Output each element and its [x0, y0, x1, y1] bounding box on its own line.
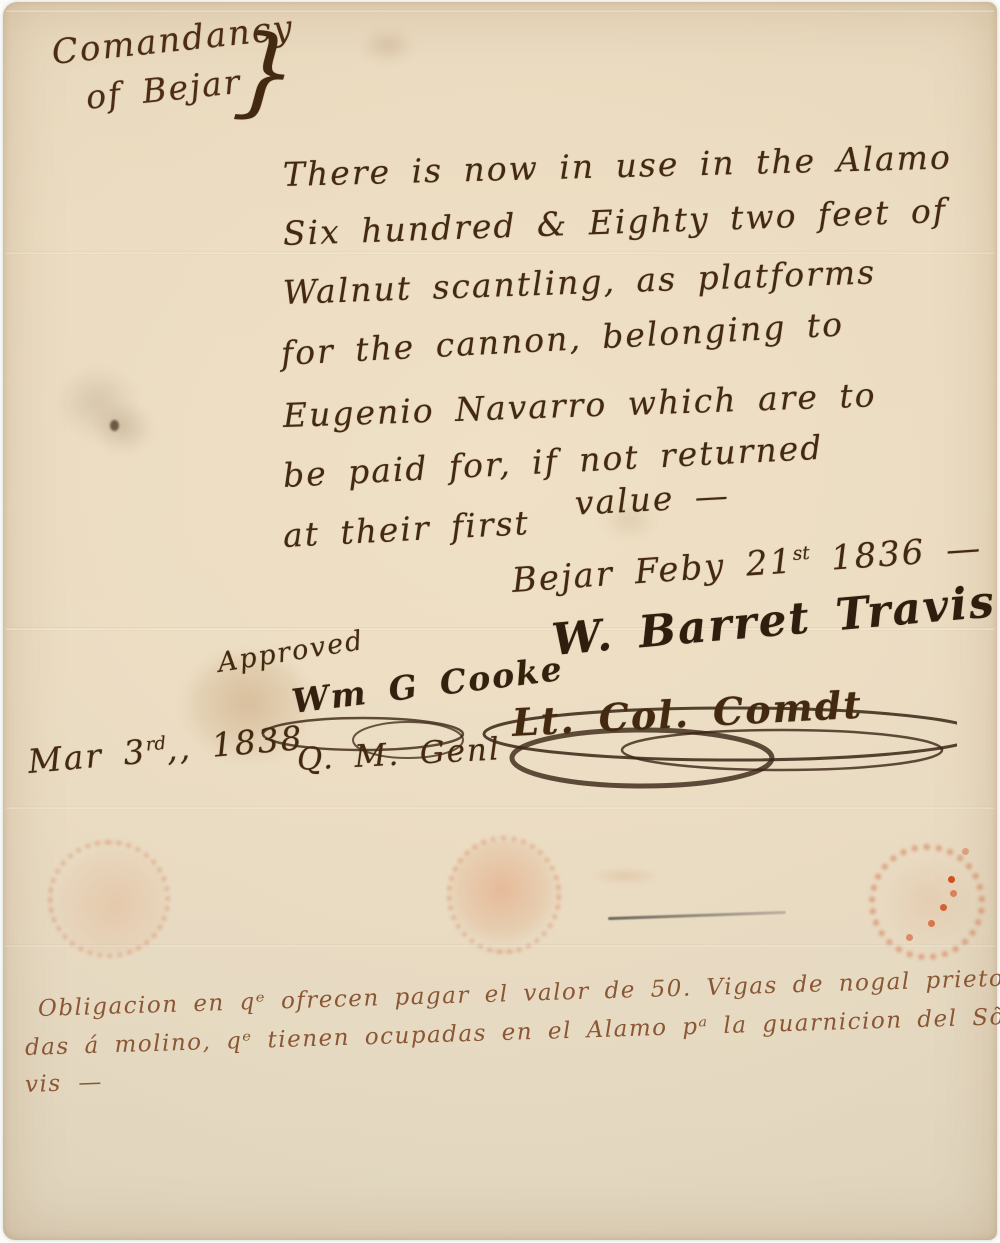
fold-line [6, 806, 994, 810]
wax-seal-center [447, 836, 561, 954]
fold-line [6, 9, 994, 13]
body-last-line-right: value — [574, 476, 731, 523]
dateline-ordinal: st [792, 543, 811, 565]
wax-seal-right [869, 844, 985, 960]
docket-line: vis — [25, 1069, 104, 1098]
wax-seal-left [48, 840, 170, 958]
manuscript-scan: { "document_title": "Travis walnut scant… [0, 0, 1000, 1243]
brace-icon: } [231, 22, 300, 122]
approval-date-ordinal: rd [145, 733, 167, 756]
